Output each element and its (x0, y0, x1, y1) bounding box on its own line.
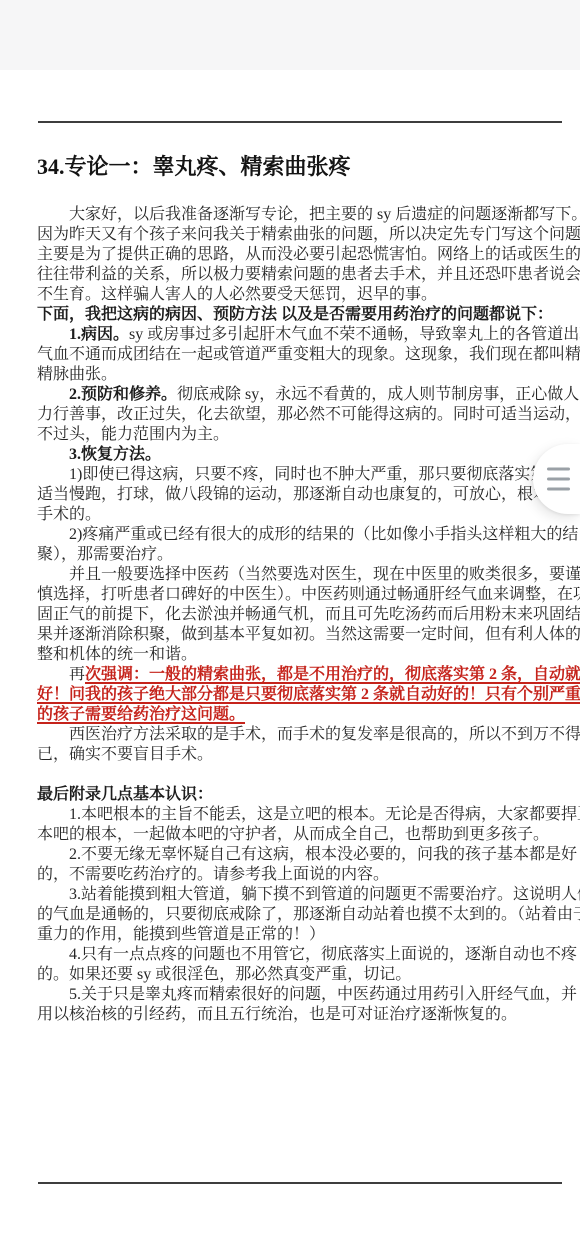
text-segment: 并且一般要选择中医药（当然要选对医生，现在中医里的败类很多，要谨 (37, 566, 580, 583)
text-segment: 力行善事，改正过失，化去欲望，那必然不可能得这病的。同时可适当运动，以 (37, 406, 580, 423)
text-segment: 主要是为了提供正确的思路，从而没必要引起恐慌害怕。网络上的话或医生的话 (37, 246, 580, 263)
text-line: 1.本吧根本的主旨不能丢，这是立吧的根本。无论是否得病，大家都要捍卫 (37, 805, 580, 825)
text-line: 再次强调：一般的精索曲张，都是不用治疗的，彻底落实第 2 条，自动就 (37, 665, 580, 685)
document-body: 大家好，以后我准备逐渐写专论，把主要的 sy 后遗症的问题逐渐都写下。因为昨天又… (37, 205, 580, 1025)
text-segment: 本吧的根本，一起做本吧的守护者，从而成全自己，也帮助到更多孩子。 (37, 826, 549, 843)
text-line: 大家好，以后我准备逐渐写专论，把主要的 sy 后遗症的问题逐渐都写下。 (37, 205, 580, 225)
text-line: 往往带利益的关系，所以极力要精索问题的患者去手术，并且还恐吓患者说会 (37, 265, 580, 285)
red-emphasis-text: 的孩子需要给药治疗这问题。 (37, 706, 245, 723)
text-line: 5.关于只是睾丸疼而精索很好的问题，中医药通过用药引入肝经气血，并 (37, 985, 580, 1005)
text-line: 的孩子需要给药治疗这问题。 (37, 705, 580, 725)
text-segment: 2.不要无缘无辜怀疑自己有这病，根本没必要的，问我的孩子基本都是好 (37, 846, 577, 863)
text-segment: 不过头，能力范围内为主。 (37, 426, 229, 443)
text-line: 精脉曲张。 (37, 365, 580, 385)
text-line: 2.预防和修养。彻底戒除 sy，永远不看黄的，成人则节制房事，正心做人， (37, 385, 580, 405)
text-line: 慎选择，打听患者口碑好的中医生）。中医药则通过畅通肝经气血来调整，在巩 (37, 585, 580, 605)
top-divider-rule (38, 121, 562, 123)
text-line: 主要是为了提供正确的思路，从而没必要引起恐慌害怕。网络上的话或医生的话 (37, 245, 580, 265)
text-segment: 西医治疗方法采取的是手术，而手术的复发率是很高的，所以不到万不得 (37, 726, 580, 743)
text-segment: 最后附录几点基本认识： (37, 786, 213, 803)
text-line: 并且一般要选择中医药（当然要选对医生，现在中医里的败类很多，要谨 (37, 565, 580, 585)
text-segment: 慎选择，打听患者口碑好的中医生）。中医药则通过畅通肝经气血来调整，在巩 (37, 586, 580, 603)
text-segment: 的，不需要吃药治疗的。请参考我上面说的内容。 (37, 866, 389, 883)
text-line: 3.恢复方法。 (37, 445, 580, 465)
text-segment: 适当慢跑，打球，做八段锦的运动，那逐渐自动也康复的，可放心，根本不用 (37, 486, 580, 503)
text-segment: 3.站着能摸到粗大管道，躺下摸不到管道的问题更不需要治疗。这说明人体 (37, 886, 580, 903)
text-segment: 1)即使已得这病，只要不疼，同时也不肿大严重，那只要彻底落实第 2 条， (37, 466, 580, 483)
text-line: 不过头，能力范围内为主。 (37, 425, 580, 445)
text-line: 因为昨天又有个孩子来问我关于精索曲张的问题，所以决定先专门写这个问题， (37, 225, 580, 245)
text-segment: sy 或房事过多引起肝木气血不荣不通畅，导致睾丸上的各管道出现 (129, 326, 580, 343)
text-segment: 1.病因。 (69, 326, 129, 343)
text-segment: 2.预防和修养。 (69, 386, 177, 403)
red-emphasis-text: 好！问我的孩子绝大部分都是只要彻底落实第 2 条就自动好的！只有个别严重 (37, 686, 580, 703)
text-segment: 1.本吧根本的主旨不能丢，这是立吧的根本。无论是否得病，大家都要捍卫 (37, 806, 580, 823)
text-line: 适当慢跑，打球，做八段锦的运动，那逐渐自动也康复的，可放心，根本不用 (37, 485, 580, 505)
hamburger-icon (547, 468, 570, 491)
text-segment (37, 386, 69, 403)
text-segment: 往往带利益的关系，所以极力要精索问题的患者去手术，并且还恐吓患者说会 (37, 266, 580, 283)
text-line: 力行善事，改正过失，化去欲望，那必然不可能得这病的。同时可适当运动，以 (37, 405, 580, 425)
text-segment: 大家好，以后我准备逐渐写专论，把主要的 sy 后遗症的问题逐渐都写下。 (37, 206, 580, 223)
text-line: 下面，我把这病的病因、预防方法 以及是否需要用药治疗的问题都说下： (37, 305, 580, 325)
text-line: 西医治疗方法采取的是手术，而手术的复发率是很高的，所以不到万不得 (37, 725, 580, 745)
page-title: 34.专论一：睾丸疼、精索曲张疼 (37, 152, 351, 182)
text-segment: 5.关于只是睾丸疼而精索很好的问题，中医药通过用药引入肝经气血，并 (37, 986, 577, 1003)
text-segment: 整和机体的统一和谐。 (37, 646, 197, 663)
text-segment: 因为昨天又有个孩子来问我关于精索曲张的问题，所以决定先专门写这个问题， (37, 226, 580, 243)
text-line: 1.病因。sy 或房事过多引起肝木气血不荣不通畅，导致睾丸上的各管道出现 (37, 325, 580, 345)
text-segment: 4.只有一点点疼的问题也不用管它，彻底落实上面说的，逐渐自动也不疼 (37, 946, 577, 963)
text-line: 好！问我的孩子绝大部分都是只要彻底落实第 2 条就自动好的！只有个别严重 (37, 685, 580, 705)
text-segment: 3.恢复方法。 (69, 446, 161, 463)
text-line: 2.不要无缘无辜怀疑自己有这病，根本没必要的，问我的孩子基本都是好 (37, 845, 580, 865)
text-segment: 2)疼痛严重或已经有很大的成形的结果的（比如像小手指头这样粗大的结 (37, 526, 578, 543)
text-line: 的，不需要吃药治疗的。请参考我上面说的内容。 (37, 865, 580, 885)
text-line: 气血不通而成团结在一起或管道严重变粗大的现象。这现象，我们现在都叫精索 (37, 345, 580, 365)
text-line: 不生育。这样骗人害人的人必然要受天惩罚，迟早的事。 (37, 285, 580, 305)
text-line: 固正气的前提下，化去淤浊并畅通气机，而且可先吃汤药而后用粉末来巩固结 (37, 605, 580, 625)
text-segment: 用以核治核的引经药，而且五行统治，也是可对证治疗逐渐恢复的。 (37, 1006, 517, 1023)
text-segment: 再 (37, 666, 85, 683)
text-segment: 气血不通而成团结在一起或管道严重变粗大的现象。这现象，我们现在都叫精索 (37, 346, 580, 363)
text-line: 用以核治核的引经药，而且五行统治，也是可对证治疗逐渐恢复的。 (37, 1005, 580, 1025)
text-segment: 的气血是通畅的，只要彻底戒除了，那逐渐自动站着也摸不太到的。（站着由于 (37, 906, 580, 923)
text-line: 2)疼痛严重或已经有很大的成形的结果的（比如像小手指头这样粗大的结 (37, 525, 580, 545)
text-line: 最后附录几点基本认识： (37, 785, 580, 805)
status-bar-area (0, 0, 580, 70)
text-line: 果并逐渐消除积聚，做到基本平复如初。当然这需要一定时间，但有利人体的完 (37, 625, 580, 645)
text-segment: 果并逐渐消除积聚，做到基本平复如初。当然这需要一定时间，但有利人体的完 (37, 626, 580, 643)
text-line: 已，确实不要盲目手术。 (37, 745, 580, 765)
text-line: 重力的作用，能摸到些管道是正常的！） (37, 925, 580, 945)
text-segment: 彻底戒除 sy，永远不看黄的，成人则节制房事，正心做人， (177, 386, 580, 403)
text-segment: 已，确实不要盲目手术。 (37, 746, 213, 763)
text-line: 4.只有一点点疼的问题也不用管它，彻底落实上面说的，逐渐自动也不疼 (37, 945, 580, 965)
bottom-divider-rule (38, 1182, 562, 1184)
text-segment: 的。如果还要 sy 或很淫色，那必然真变严重，切记。 (37, 966, 411, 983)
text-line: 整和机体的统一和谐。 (37, 645, 580, 665)
text-segment: 聚），那需要治疗。 (37, 546, 173, 563)
reader-screen: 34.专论一：睾丸疼、精索曲张疼 大家好，以后我准备逐渐写专论，把主要的 sy … (0, 0, 580, 1255)
text-line: 的。如果还要 sy 或很淫色，那必然真变严重，切记。 (37, 965, 580, 985)
text-segment: 手术的。 (37, 506, 101, 523)
text-segment: 重力的作用，能摸到些管道是正常的！） (37, 926, 325, 943)
text-line: 的气血是通畅的，只要彻底戒除了，那逐渐自动站着也摸不太到的。（站着由于 (37, 905, 580, 925)
text-line: 手术的。 (37, 505, 580, 525)
blank-line (37, 765, 580, 785)
text-segment: 不生育。这样骗人害人的人必然要受天惩罚，迟早的事。 (37, 286, 437, 303)
text-segment: 精脉曲张。 (37, 366, 117, 383)
text-line: 聚），那需要治疗。 (37, 545, 580, 565)
text-segment (37, 446, 69, 463)
text-segment (37, 326, 69, 343)
red-emphasis-text: 次强调：一般的精索曲张，都是不用治疗的，彻底落实第 2 条，自动就 (85, 666, 580, 683)
text-segment: 下面，我把这病的病因、预防方法 以及是否需要用药治疗的问题都说下： (37, 306, 553, 323)
text-line: 1)即使已得这病，只要不疼，同时也不肿大严重，那只要彻底落实第 2 条， (37, 465, 580, 485)
text-line: 3.站着能摸到粗大管道，躺下摸不到管道的问题更不需要治疗。这说明人体 (37, 885, 580, 905)
text-line: 本吧的根本，一起做本吧的守护者，从而成全自己，也帮助到更多孩子。 (37, 825, 580, 845)
text-segment: 固正气的前提下，化去淤浊并畅通气机，而且可先吃汤药而后用粉末来巩固结 (37, 606, 580, 623)
